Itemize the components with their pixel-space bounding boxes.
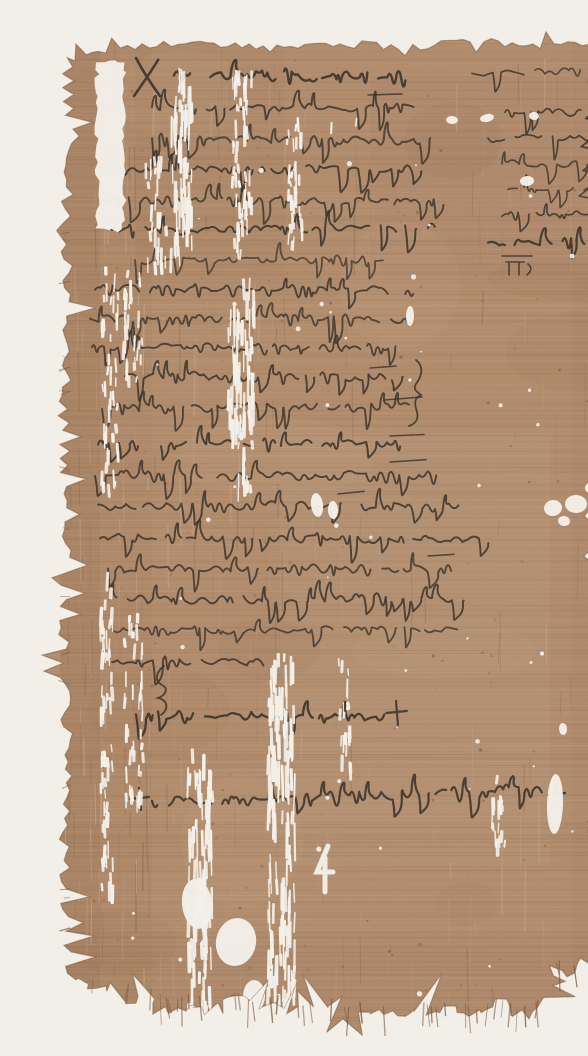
overline-dash <box>368 94 402 95</box>
papyrus-canvas <box>40 16 588 1040</box>
lacuna-hole <box>565 495 587 513</box>
papyrus-photograph <box>40 16 588 1040</box>
lacuna-gap <box>95 60 127 232</box>
papyrus-sheet <box>40 32 588 1040</box>
